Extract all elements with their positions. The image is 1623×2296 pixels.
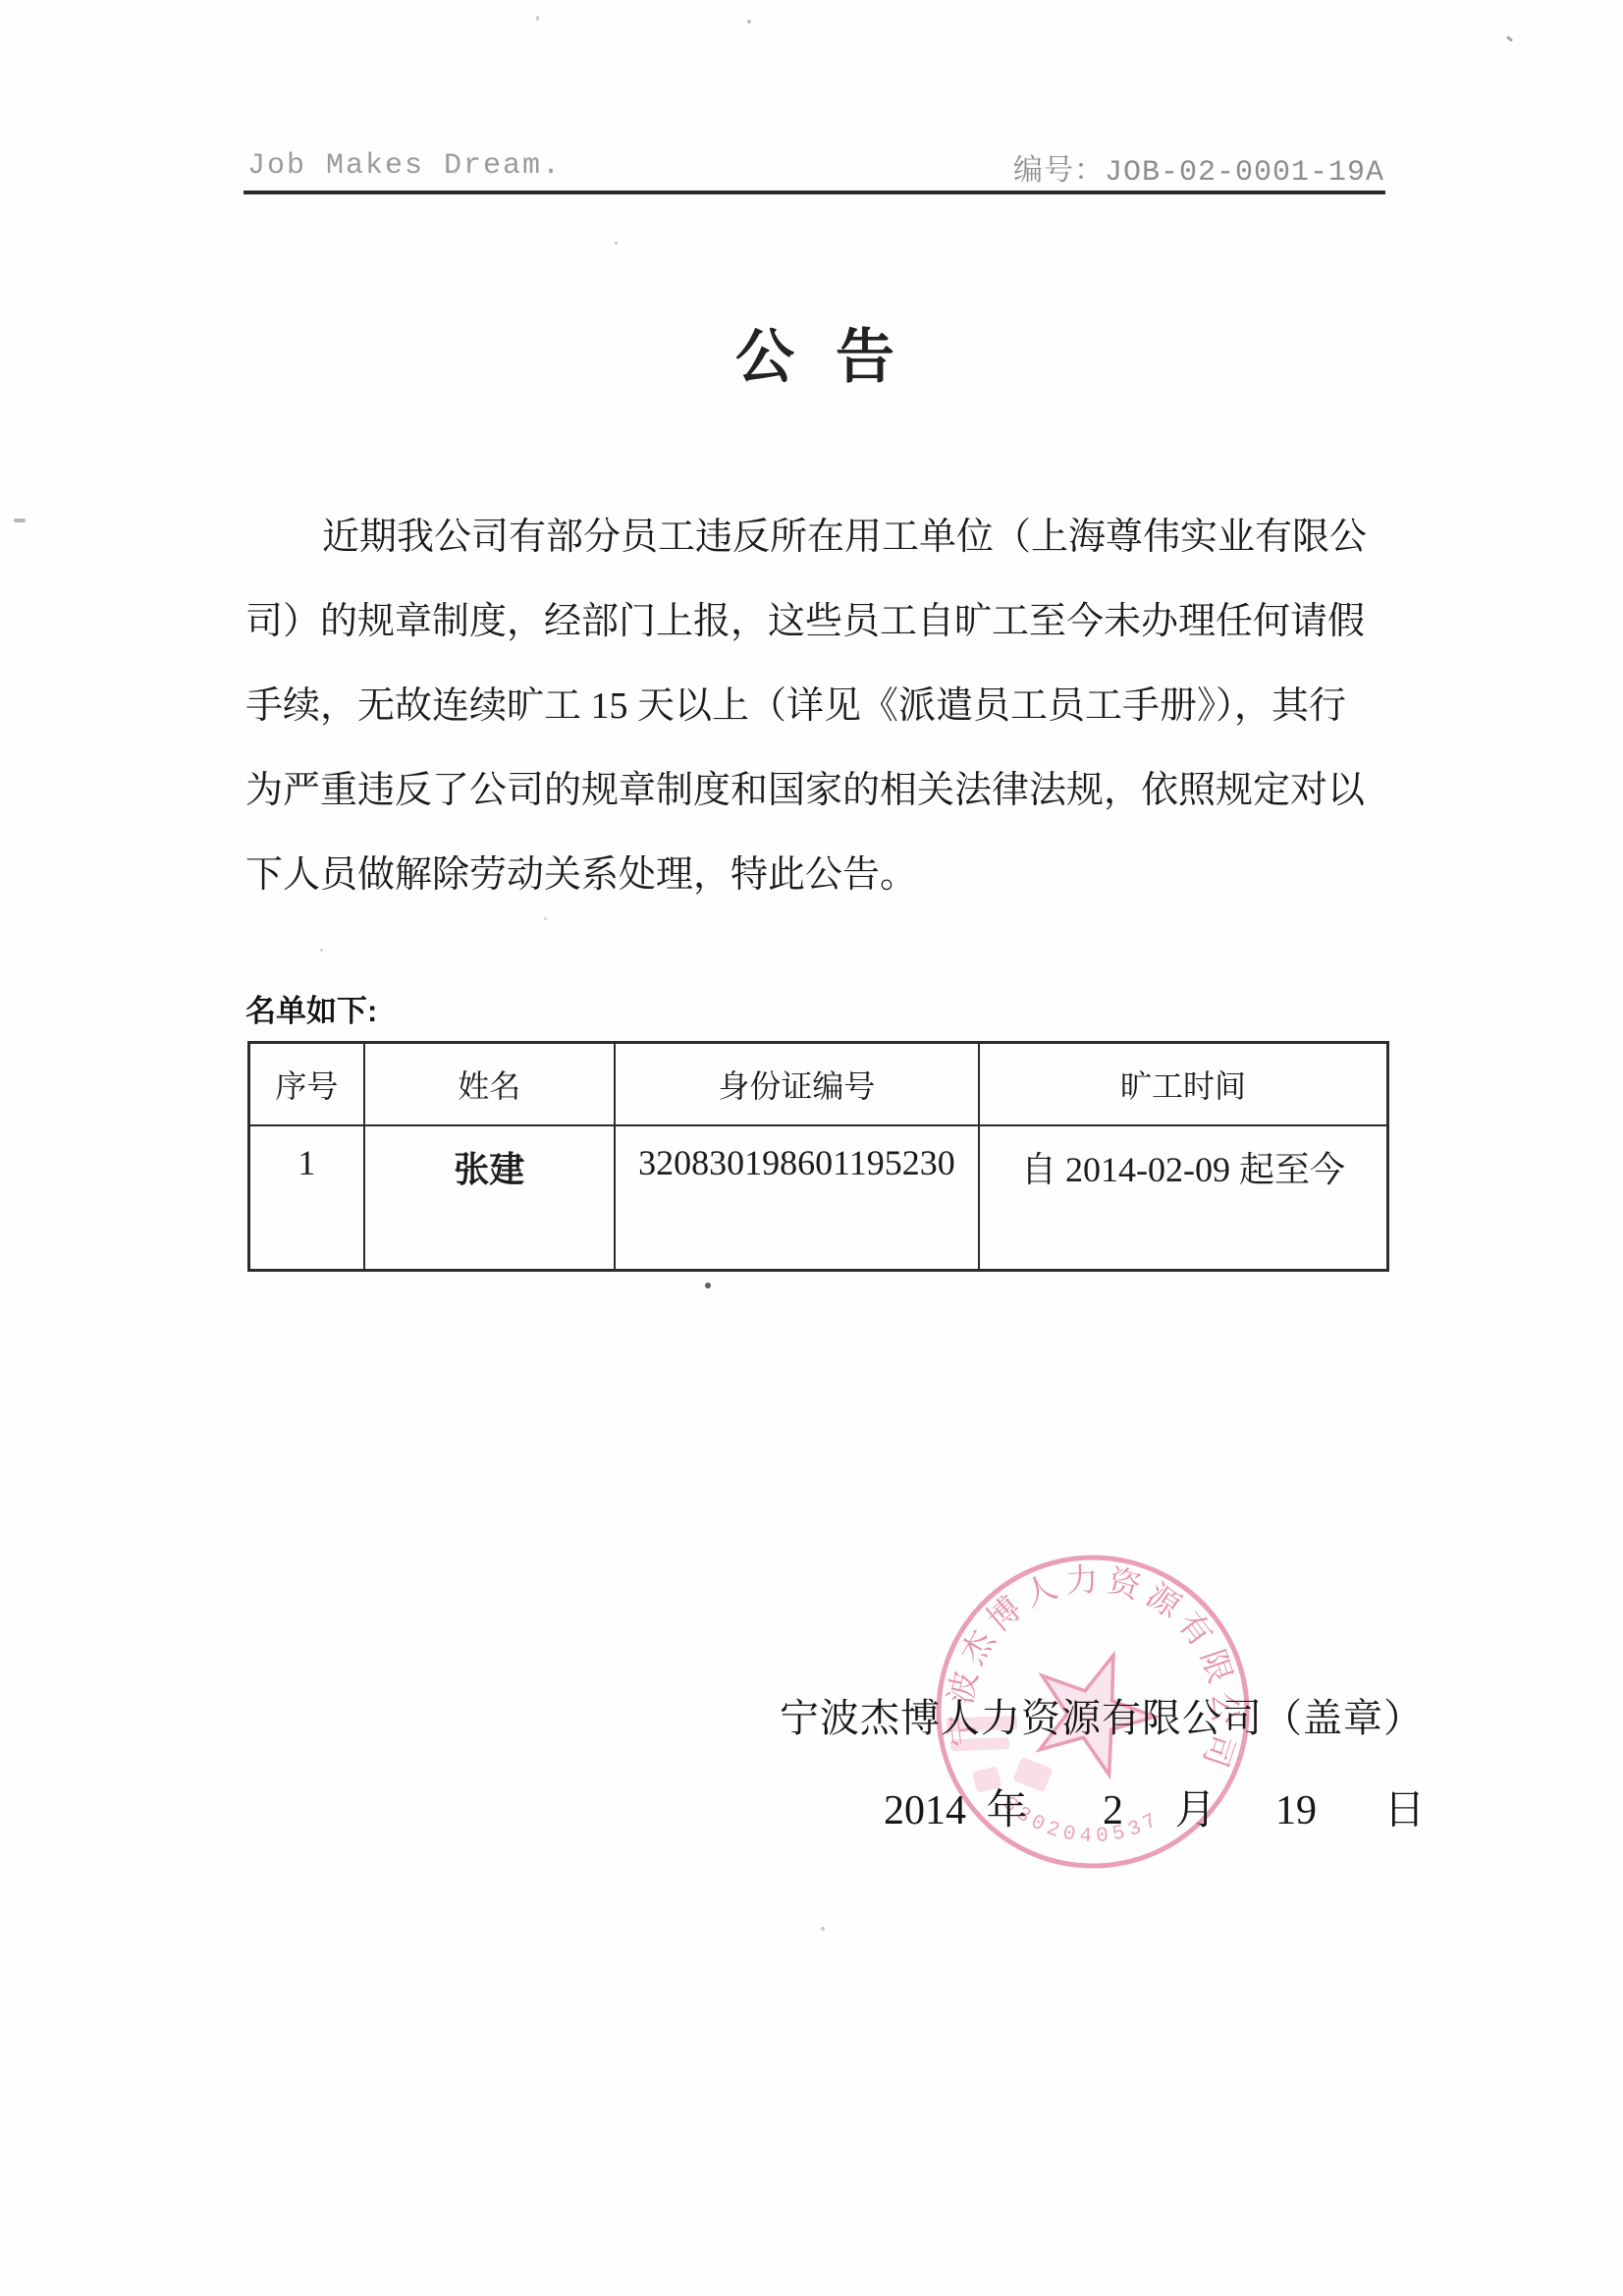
body-line: 近期我公司有部分员工违反所在用工单位（上海尊伟实业有限公 (245, 495, 1384, 579)
doc-title-char-1: 公 (735, 324, 794, 390)
date-month: 2 (1103, 1787, 1123, 1834)
doc-title-char-2: 告 (836, 324, 894, 390)
roster-header-name: 姓名 (364, 1043, 615, 1126)
scan-speck (705, 1283, 711, 1288)
roster-table: 序号 姓名 身份证编号 旷工时间 1 张建 320830198601195230… (247, 1041, 1389, 1272)
roster-label: 名单如下: (245, 986, 377, 1030)
signature-date-line: 2014 年 2 月 19 日 (884, 1777, 1426, 1836)
scan-speck (1506, 35, 1513, 42)
scan-speck (747, 20, 751, 24)
roster-cell-absence: 自 2014-02-09 起至今 (979, 1125, 1387, 1271)
date-day-unit: 日 (1384, 1777, 1426, 1836)
roster-cell-no: 1 (249, 1125, 364, 1271)
body-line: 手续，无故连续旷工 15 天以上（详见《派遣员工员工手册》），其行 (245, 664, 1384, 748)
body-line: 司）的规章制度，经部门上报，这些员工自旷工至今未办理任何请假 (245, 579, 1384, 664)
header-rule (243, 191, 1385, 194)
scan-speck (544, 917, 547, 920)
body-line: 下人员做解除劳动关系处理，特此公告。 (245, 833, 1384, 917)
date-day: 19 (1275, 1787, 1317, 1834)
roster-cell-name: 张建 (364, 1125, 615, 1271)
date-year-unit: 年 (987, 1777, 1028, 1836)
doc-title: 公告 (245, 310, 1384, 395)
roster-header-id: 身份证编号 (615, 1043, 979, 1126)
roster-header-absence: 旷工时间 (979, 1043, 1387, 1126)
roster-header-no: 序号 (249, 1043, 364, 1126)
body-line: 为严重违反了公司的规章制度和国家的相关法律法规，依照规定对以 (245, 748, 1384, 833)
scan-speck (320, 949, 323, 952)
scan-speck (454, 171, 457, 174)
scan-speck (14, 519, 26, 522)
scanned-notice-page: Job Makes Dream. 编号：JOB-02-0001-19A 公告 近… (0, 0, 1623, 2296)
roster-cell-id: 320830198601195230 (615, 1125, 979, 1271)
date-year: 2014 (884, 1787, 966, 1834)
date-month-unit: 月 (1175, 1777, 1217, 1836)
roster-header-row: 序号 姓名 身份证编号 旷工时间 (249, 1043, 1388, 1126)
scan-speck (536, 16, 539, 21)
scan-speck (821, 1927, 825, 1931)
signature-company-line: 宁波杰博人力资源有限公司（盖章） (780, 1687, 1424, 1743)
table-row: 1 张建 320830198601195230 自 2014-02-09 起至今 (249, 1125, 1388, 1271)
header-doc-number: 编号：JOB-02-0001-19A (1013, 145, 1384, 190)
header-slogan: Job Makes Dream. (247, 149, 562, 183)
body-paragraph: 近期我公司有部分员工违反所在用工单位（上海尊伟实业有限公 司）的规章制度，经部门… (245, 495, 1384, 917)
scan-speck (615, 242, 618, 245)
